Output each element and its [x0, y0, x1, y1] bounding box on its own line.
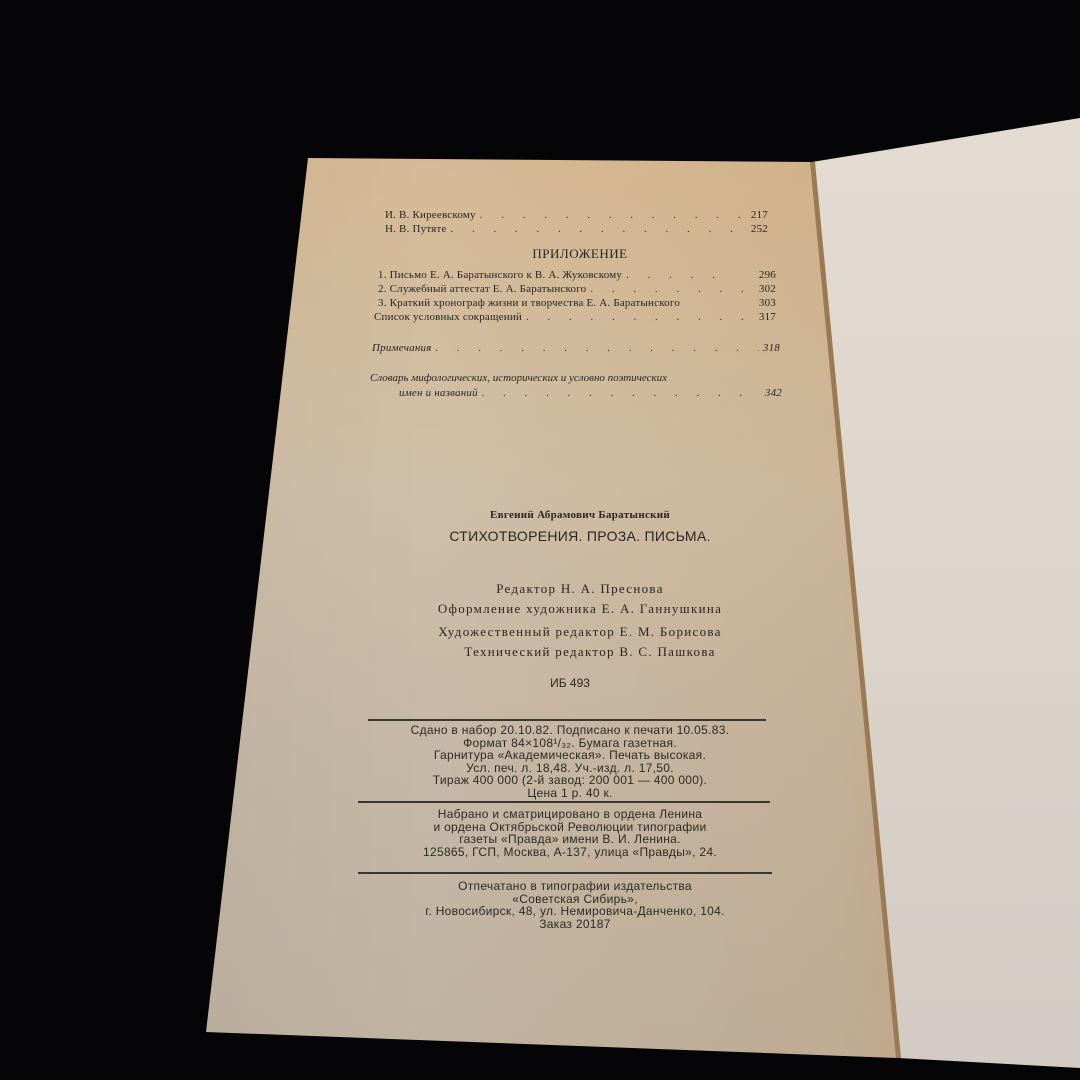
divider: [358, 872, 772, 874]
leader-dots: . . . . . . . . . . . . . . . . . . . . …: [436, 342, 759, 354]
toc-entry-page: 318: [763, 342, 780, 354]
book-title: СТИХОТВОРЕНИЯ. ПРОЗА. ПИСЬМА.: [360, 528, 800, 544]
typesetting-line: 125865, ГСП, Москва, А-137, улица «Правд…: [360, 846, 780, 859]
toc-dictionary-line1: Словарь мифологических, исторических и у…: [370, 372, 667, 384]
toc-entry-notes: Примечания . . . . . . . . . . . . . . .…: [372, 342, 780, 354]
toc-entry-title: имен и названий: [399, 387, 478, 399]
leader-dots: . . . . . . . . . . . . . . . . . . . . …: [451, 223, 747, 235]
divider: [358, 801, 770, 803]
print-detail-line: Тираж 400 000 (2-й завод: 200 001 — 400 …: [360, 774, 780, 787]
print-detail-line: Сдано в набор 20.10.82. Подписано к печа…: [360, 724, 780, 737]
credit-art-editor: Художественный редактор Е. М. Борисова: [360, 624, 800, 640]
toc-entry-title: Примечания: [372, 342, 432, 354]
toc-entry-page: 252: [751, 223, 768, 235]
toc-entry: Н. В. Путяте . . . . . . . . . . . . . .…: [385, 223, 768, 235]
typesetting-line: газеты «Правда» имени В. И. Ленина.: [360, 833, 780, 846]
toc-entry-page: 342: [765, 387, 782, 399]
toc-entry: И. В. Киреевскому . . . . . . . . . . . …: [385, 209, 768, 221]
print-details: Сдано в набор 20.10.82. Подписано к печа…: [360, 724, 780, 799]
appendix-heading: ПРИЛОЖЕНИЕ: [380, 246, 780, 262]
credit-designer: Оформление художника Е. А. Ганнушкина: [360, 601, 800, 617]
toc-entry-page: 217: [751, 209, 768, 221]
ib-number: ИБ 493: [360, 676, 780, 690]
toc-entry-dictionary: имен и названий . . . . . . . . . . . . …: [399, 387, 782, 399]
leader-dots: . . . . . . . . . . . . . . . . . . .: [480, 209, 747, 221]
printing-info: Отпечатано в типографии издательства «Со…: [360, 880, 790, 930]
printing-line: г. Новосибирск, 48, ул. Немировича-Данче…: [360, 905, 790, 918]
credit-editor: Редактор Н. А. Преснова: [360, 581, 800, 597]
toc-entry-title: Список условных сокращений: [374, 311, 522, 323]
toc-entry: 2. Служебный аттестат Е. А. Баратынского…: [378, 283, 776, 295]
typesetting-info: Набрано и сматрицировано в ордена Ленина…: [360, 808, 780, 858]
toc-entry: 1. Письмо Е. А. Баратынского к В. А. Жук…: [378, 269, 776, 281]
page-content: И. В. Киреевскому . . . . . . . . . . . …: [0, 0, 1080, 1080]
toc-entry-title: И. В. Киреевскому: [385, 209, 476, 221]
toc-entry-title: 1. Письмо Е. А. Баратынского к В. А. Жук…: [378, 269, 622, 281]
toc-entry-title: Н. В. Путяте: [385, 223, 447, 235]
toc-entry-page: 303: [759, 297, 776, 309]
print-detail-line: Гарнитура «Академическая». Печать высока…: [360, 749, 780, 762]
toc-entry-page: 317: [759, 311, 776, 323]
divider: [368, 719, 766, 721]
toc-entry-page: 302: [759, 283, 776, 295]
toc-entry-page: 296: [759, 269, 776, 281]
author-name: Евгений Абрамович Баратынский: [360, 509, 800, 521]
leader-dots: . . . . .: [626, 269, 755, 281]
printing-line: Заказ 20187: [360, 918, 790, 931]
toc-entry-title: 3. Краткий хронограф жизни и творчества …: [378, 297, 680, 309]
leader-dots: . . . . . . . . . . . . . . . . . .: [526, 311, 755, 323]
toc-entry: 3. Краткий хронограф жизни и творчества …: [378, 297, 776, 309]
leader-dots: . . . . . . . . . . . . . . . . .: [482, 387, 761, 399]
print-detail-line: Цена 1 р. 40 к.: [360, 787, 780, 800]
credit-tech-editor: Технический редактор В. С. Пашкова: [360, 644, 820, 660]
typesetting-line: Набрано и сматрицировано в ордена Ленина: [360, 808, 780, 821]
toc-entry: Список условных сокращений . . . . . . .…: [374, 311, 776, 323]
leader-dots: . . . . . . . . . .: [590, 283, 755, 295]
toc-entry-title: 2. Служебный аттестат Е. А. Баратынского: [378, 283, 586, 295]
printing-line: Отпечатано в типографии издательства: [360, 880, 790, 893]
